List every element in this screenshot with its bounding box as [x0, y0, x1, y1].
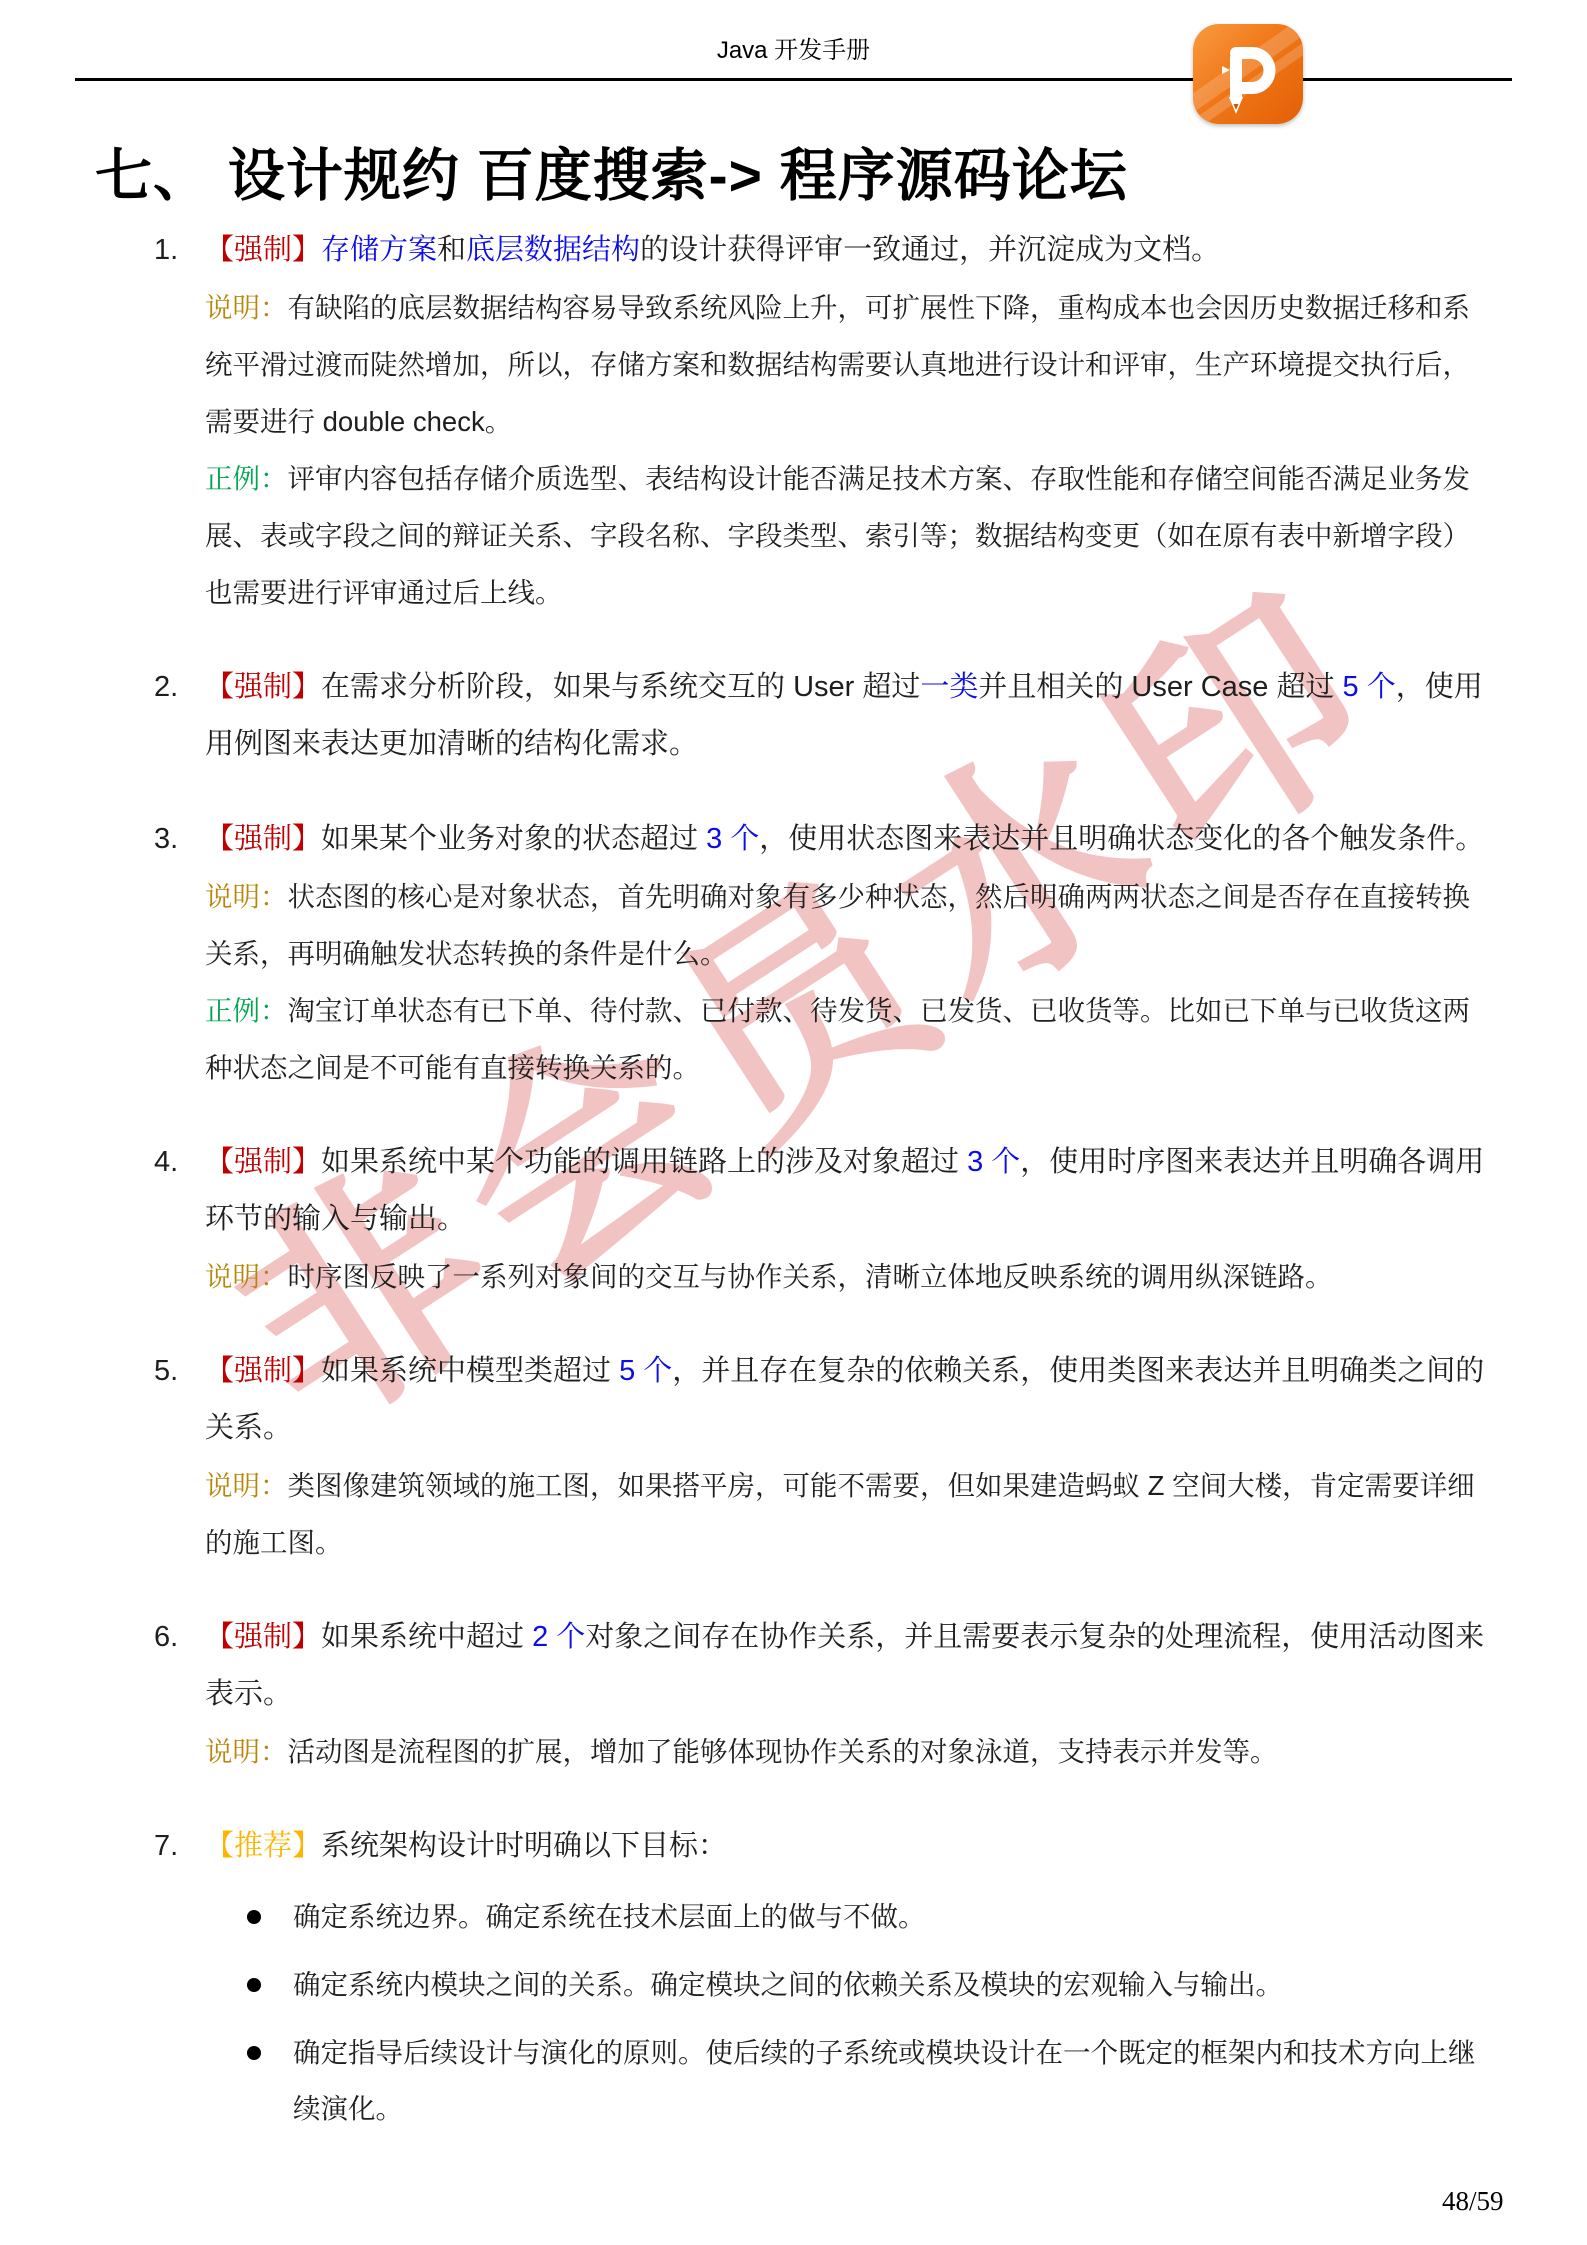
highlighted-text-red: 【强制】 [205, 671, 321, 703]
highlighted-text-olive: 说明： [205, 1470, 288, 1501]
plain-text: 和 [437, 234, 466, 266]
rule-number: 3. [154, 811, 178, 868]
rules-list: 1.【强制】存储方案和底层数据结构的设计获得评审一致通过，并沉淀成为文档。说明：… [110, 222, 1488, 2137]
rule-item: 1.【强制】存储方案和底层数据结构的设计获得评审一致通过，并沉淀成为文档。说明：… [110, 222, 1488, 621]
rule-number: 4. [154, 1134, 178, 1191]
document-header-title: Java 开发手册 [0, 30, 1587, 65]
plain-text: ，使用状态图来表达并且明确状态变化的各个触发条件。 [759, 823, 1484, 855]
rules-content: 1.【强制】存储方案和底层数据结构的设计获得评审一致通过，并沉淀成为文档。说明：… [110, 222, 1488, 2175]
plain-text: 并且相关的 User Case 超过 [978, 671, 1342, 703]
highlighted-text-blue: 5 个 [619, 1355, 672, 1387]
highlighted-text-blue: 3 个 [706, 823, 759, 855]
rule-annotation: 说明：有缺陷的底层数据结构容易导致系统风险上升，可扩展性下降，重构成本也会因历史… [205, 279, 1488, 450]
rule-number: 7. [154, 1818, 178, 1875]
rule-item: 2.【强制】在需求分析阶段，如果与系统交互的 User 超过一类并且相关的 Us… [110, 659, 1488, 773]
goal-bullet-item: 确定系统边界。确定系统在技术层面上的做与不做。 [205, 1889, 1488, 1945]
plain-text: 淘宝订单状态有已下单、待付款、已付款、待发货、已发货、已收货等。比如已下单与已收… [205, 995, 1470, 1083]
rule-text: 【强制】如果系统中超过 2 个对象之间存在协作关系，并且需要表示复杂的处理流程，… [205, 1609, 1488, 1723]
rule-annotation: 说明：状态图的核心是对象状态，首先明确对象有多少种状态，然后明确两两状态之间是否… [205, 868, 1488, 982]
highlighted-text-red: 【强制】 [205, 1621, 321, 1653]
page-number: 48/59 [1442, 2186, 1504, 2217]
highlighted-text-blue: 3 个 [967, 1146, 1020, 1178]
pdf-editor-logo-icon [1193, 24, 1303, 124]
highlighted-text-blue: 2 个 [532, 1621, 585, 1653]
rule-annotation: 正例：淘宝订单状态有已下单、待付款、已付款、待发货、已发货、已收货等。比如已下单… [205, 982, 1488, 1096]
plain-text: 如果系统中模型类超过 [321, 1355, 619, 1387]
plain-text: 的设计获得评审一致通过，并沉淀成为文档。 [640, 234, 1220, 266]
plain-text: 如果系统中超过 [321, 1621, 532, 1653]
plain-text: 类图像建筑领域的施工图，如果搭平房，可能不需要，但如果建造蚂蚁 Z 空间大楼，肯… [205, 1470, 1475, 1558]
rule-number: 2. [154, 659, 178, 716]
rule-annotation: 正例：评审内容包括存储介质选型、表结构设计能否满足技术方案、存取性能和存储空间能… [205, 450, 1488, 621]
rule-number: 5. [154, 1343, 178, 1400]
highlighted-text-blue: 存储方案 [321, 234, 437, 266]
goal-bullet-list: 确定系统边界。确定系统在技术层面上的做与不做。确定系统内模块之间的关系。确定模块… [205, 1889, 1488, 2137]
highlighted-text-red: 【强制】 [205, 234, 321, 266]
highlighted-text-red: 【强制】 [205, 1355, 321, 1387]
goal-bullet-item: 确定指导后续设计与演化的原则。使后续的子系统或模块设计在一个既定的框架内和技术方… [205, 2025, 1488, 2137]
rule-annotation: 说明：时序图反映了一系列对象间的交互与协作关系，清晰立体地反映系统的调用纵深链路… [205, 1248, 1488, 1305]
rule-annotation: 说明：活动图是流程图的扩展，增加了能够体现协作关系的对象泳道，支持表示并发等。 [205, 1723, 1488, 1780]
plain-text: 状态图的核心是对象状态，首先明确对象有多少种状态，然后明确两两状态之间是否存在直… [205, 881, 1470, 969]
rule-text: 【强制】在需求分析阶段，如果与系统交互的 User 超过一类并且相关的 User… [205, 659, 1488, 773]
rule-number: 6. [154, 1609, 178, 1666]
rule-item: 4.【强制】如果系统中某个功能的调用链路上的涉及对象超过 3 个，使用时序图来表… [110, 1134, 1488, 1305]
highlighted-text-olive: 说明： [205, 1261, 288, 1292]
highlighted-text-olive: 说明： [205, 1736, 288, 1767]
highlighted-text-orange: 【推荐】 [205, 1830, 321, 1862]
rule-annotation: 说明：类图像建筑领域的施工图，如果搭平房，可能不需要，但如果建造蚂蚁 Z 空间大… [205, 1457, 1488, 1571]
plain-text: 在需求分析阶段，如果与系统交互的 User 超过 [321, 671, 920, 703]
rule-number: 1. [154, 222, 178, 279]
document-page: Java 开发手册 七、 设计规约 百度搜索-> 程序源码论坛 非会员水印 1.… [0, 0, 1587, 2245]
highlighted-text-blue: 5 个 [1343, 671, 1396, 703]
highlighted-text-red: 【强制】 [205, 1146, 321, 1178]
plain-text: 系统架构设计时明确以下目标： [321, 1830, 727, 1862]
plain-text: 如果系统中某个功能的调用链路上的涉及对象超过 [321, 1146, 967, 1178]
highlighted-text-green: 正例： [205, 463, 288, 494]
highlighted-text-olive: 说明： [205, 292, 288, 323]
goal-bullet-item: 确定系统内模块之间的关系。确定模块之间的依赖关系及模块的宏观输入与输出。 [205, 1957, 1488, 2013]
pencil-p-icon [1193, 24, 1303, 124]
plain-text: 有缺陷的底层数据结构容易导致系统风险上升，可扩展性下降，重构成本也会因历史数据迁… [205, 292, 1470, 437]
rule-item: 3.【强制】如果某个业务对象的状态超过 3 个，使用状态图来表达并且明确状态变化… [110, 811, 1488, 1096]
rule-item: 7.【推荐】系统架构设计时明确以下目标：确定系统边界。确定系统在技术层面上的做与… [110, 1818, 1488, 2137]
rule-item: 5.【强制】如果系统中模型类超过 5 个，并且存在复杂的依赖关系，使用类图来表达… [110, 1343, 1488, 1571]
plain-text: 如果某个业务对象的状态超过 [321, 823, 706, 855]
highlighted-text-red: 【强制】 [205, 823, 321, 855]
rule-text: 【强制】存储方案和底层数据结构的设计获得评审一致通过，并沉淀成为文档。 [205, 222, 1488, 279]
rule-text: 【强制】如果某个业务对象的状态超过 3 个，使用状态图来表达并且明确状态变化的各… [205, 811, 1488, 868]
page-title: 七、 设计规约 百度搜索-> 程序源码论坛 [95, 130, 1495, 212]
rule-text: 【强制】如果系统中模型类超过 5 个，并且存在复杂的依赖关系，使用类图来表达并且… [205, 1343, 1488, 1457]
rule-text: 【强制】如果系统中某个功能的调用链路上的涉及对象超过 3 个，使用时序图来表达并… [205, 1134, 1488, 1248]
highlighted-text-blue: 底层数据结构 [466, 234, 640, 266]
plain-text: 活动图是流程图的扩展，增加了能够体现协作关系的对象泳道，支持表示并发等。 [288, 1736, 1278, 1767]
plain-text: 时序图反映了一系列对象间的交互与协作关系，清晰立体地反映系统的调用纵深链路。 [288, 1261, 1333, 1292]
plain-text: 评审内容包括存储介质选型、表结构设计能否满足技术方案、存取性能和存储空间能否满足… [205, 463, 1470, 608]
highlighted-text-blue: 一类 [920, 671, 978, 703]
highlighted-text-olive: 说明： [205, 881, 288, 912]
rule-item: 6.【强制】如果系统中超过 2 个对象之间存在协作关系，并且需要表示复杂的处理流… [110, 1609, 1488, 1780]
rule-text: 【推荐】系统架构设计时明确以下目标： [205, 1818, 1488, 1875]
highlighted-text-green: 正例： [205, 995, 288, 1026]
